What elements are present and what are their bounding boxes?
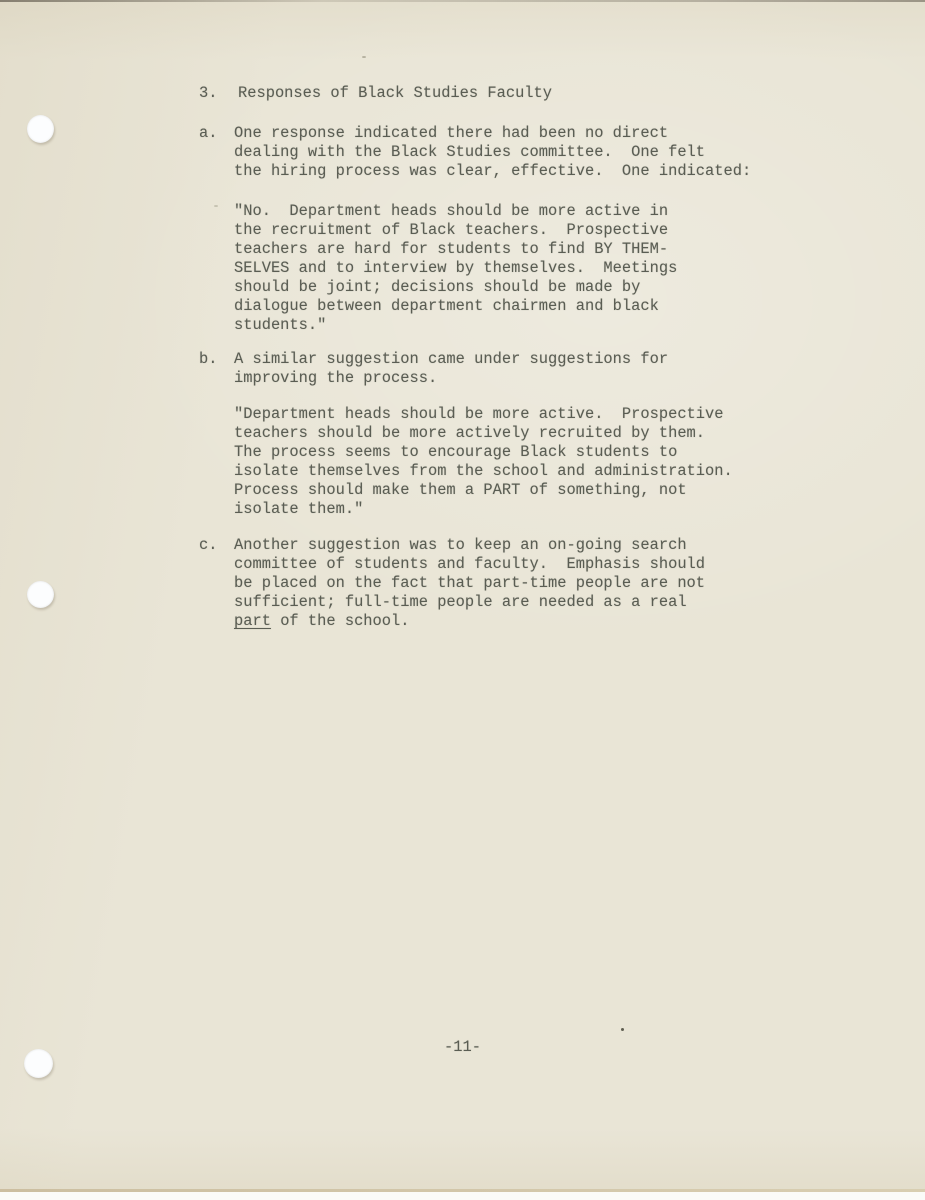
scan-background-strip [0,1192,925,1200]
paper-speck [621,1028,624,1031]
paragraph: A similar suggestion came under suggesti… [234,350,839,388]
underlined-word: part [234,612,271,630]
block-quote: "No. Department heads should be more act… [234,202,839,335]
item-body: Another suggestion was to keep an on-goi… [234,536,839,631]
punch-hole [27,581,54,608]
paragraph: Another suggestion was to keep an on-goi… [234,536,839,631]
document-body: 3. Responses of Black Studies Faculty a.… [199,84,839,631]
punch-hole [24,1049,53,1078]
paper-speck [362,56,366,58]
list-item-c: c. Another suggestion was to keep an on-… [199,536,839,631]
paragraph-text: Another suggestion was to keep an on-goi… [234,536,705,611]
page-number: -11- [444,1038,481,1057]
scanned-document-page: 3. Responses of Black Studies Faculty a.… [0,0,925,1200]
item-body: A similar suggestion came under suggesti… [234,350,839,519]
block-quote: "Department heads should be more active.… [234,405,839,519]
section-number: 3. [199,84,238,103]
paper-top-edge [0,0,925,2]
list-item-b: b. A similar suggestion came under sugge… [199,350,839,519]
section-heading: 3. Responses of Black Studies Faculty [199,84,839,103]
paragraph: One response indicated there had been no… [234,124,839,181]
item-body: One response indicated there had been no… [234,124,839,335]
item-label: c. [199,536,234,555]
paragraph-tail: of the school. [271,612,410,630]
item-label: a. [199,124,234,143]
section-title: Responses of Black Studies Faculty [238,84,552,103]
punch-hole [27,115,54,143]
list-item-a: a. One response indicated there had been… [199,124,839,335]
item-label: b. [199,350,234,369]
